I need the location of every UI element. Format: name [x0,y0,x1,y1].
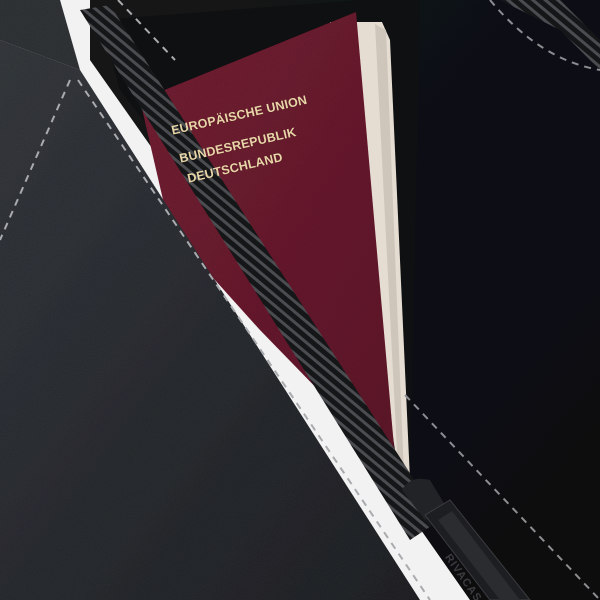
bag-illustration [0,0,600,600]
product-photo: EUROPÄISCHE UNION BUNDESREPUBLIK DEUTSCH… [0,0,600,600]
